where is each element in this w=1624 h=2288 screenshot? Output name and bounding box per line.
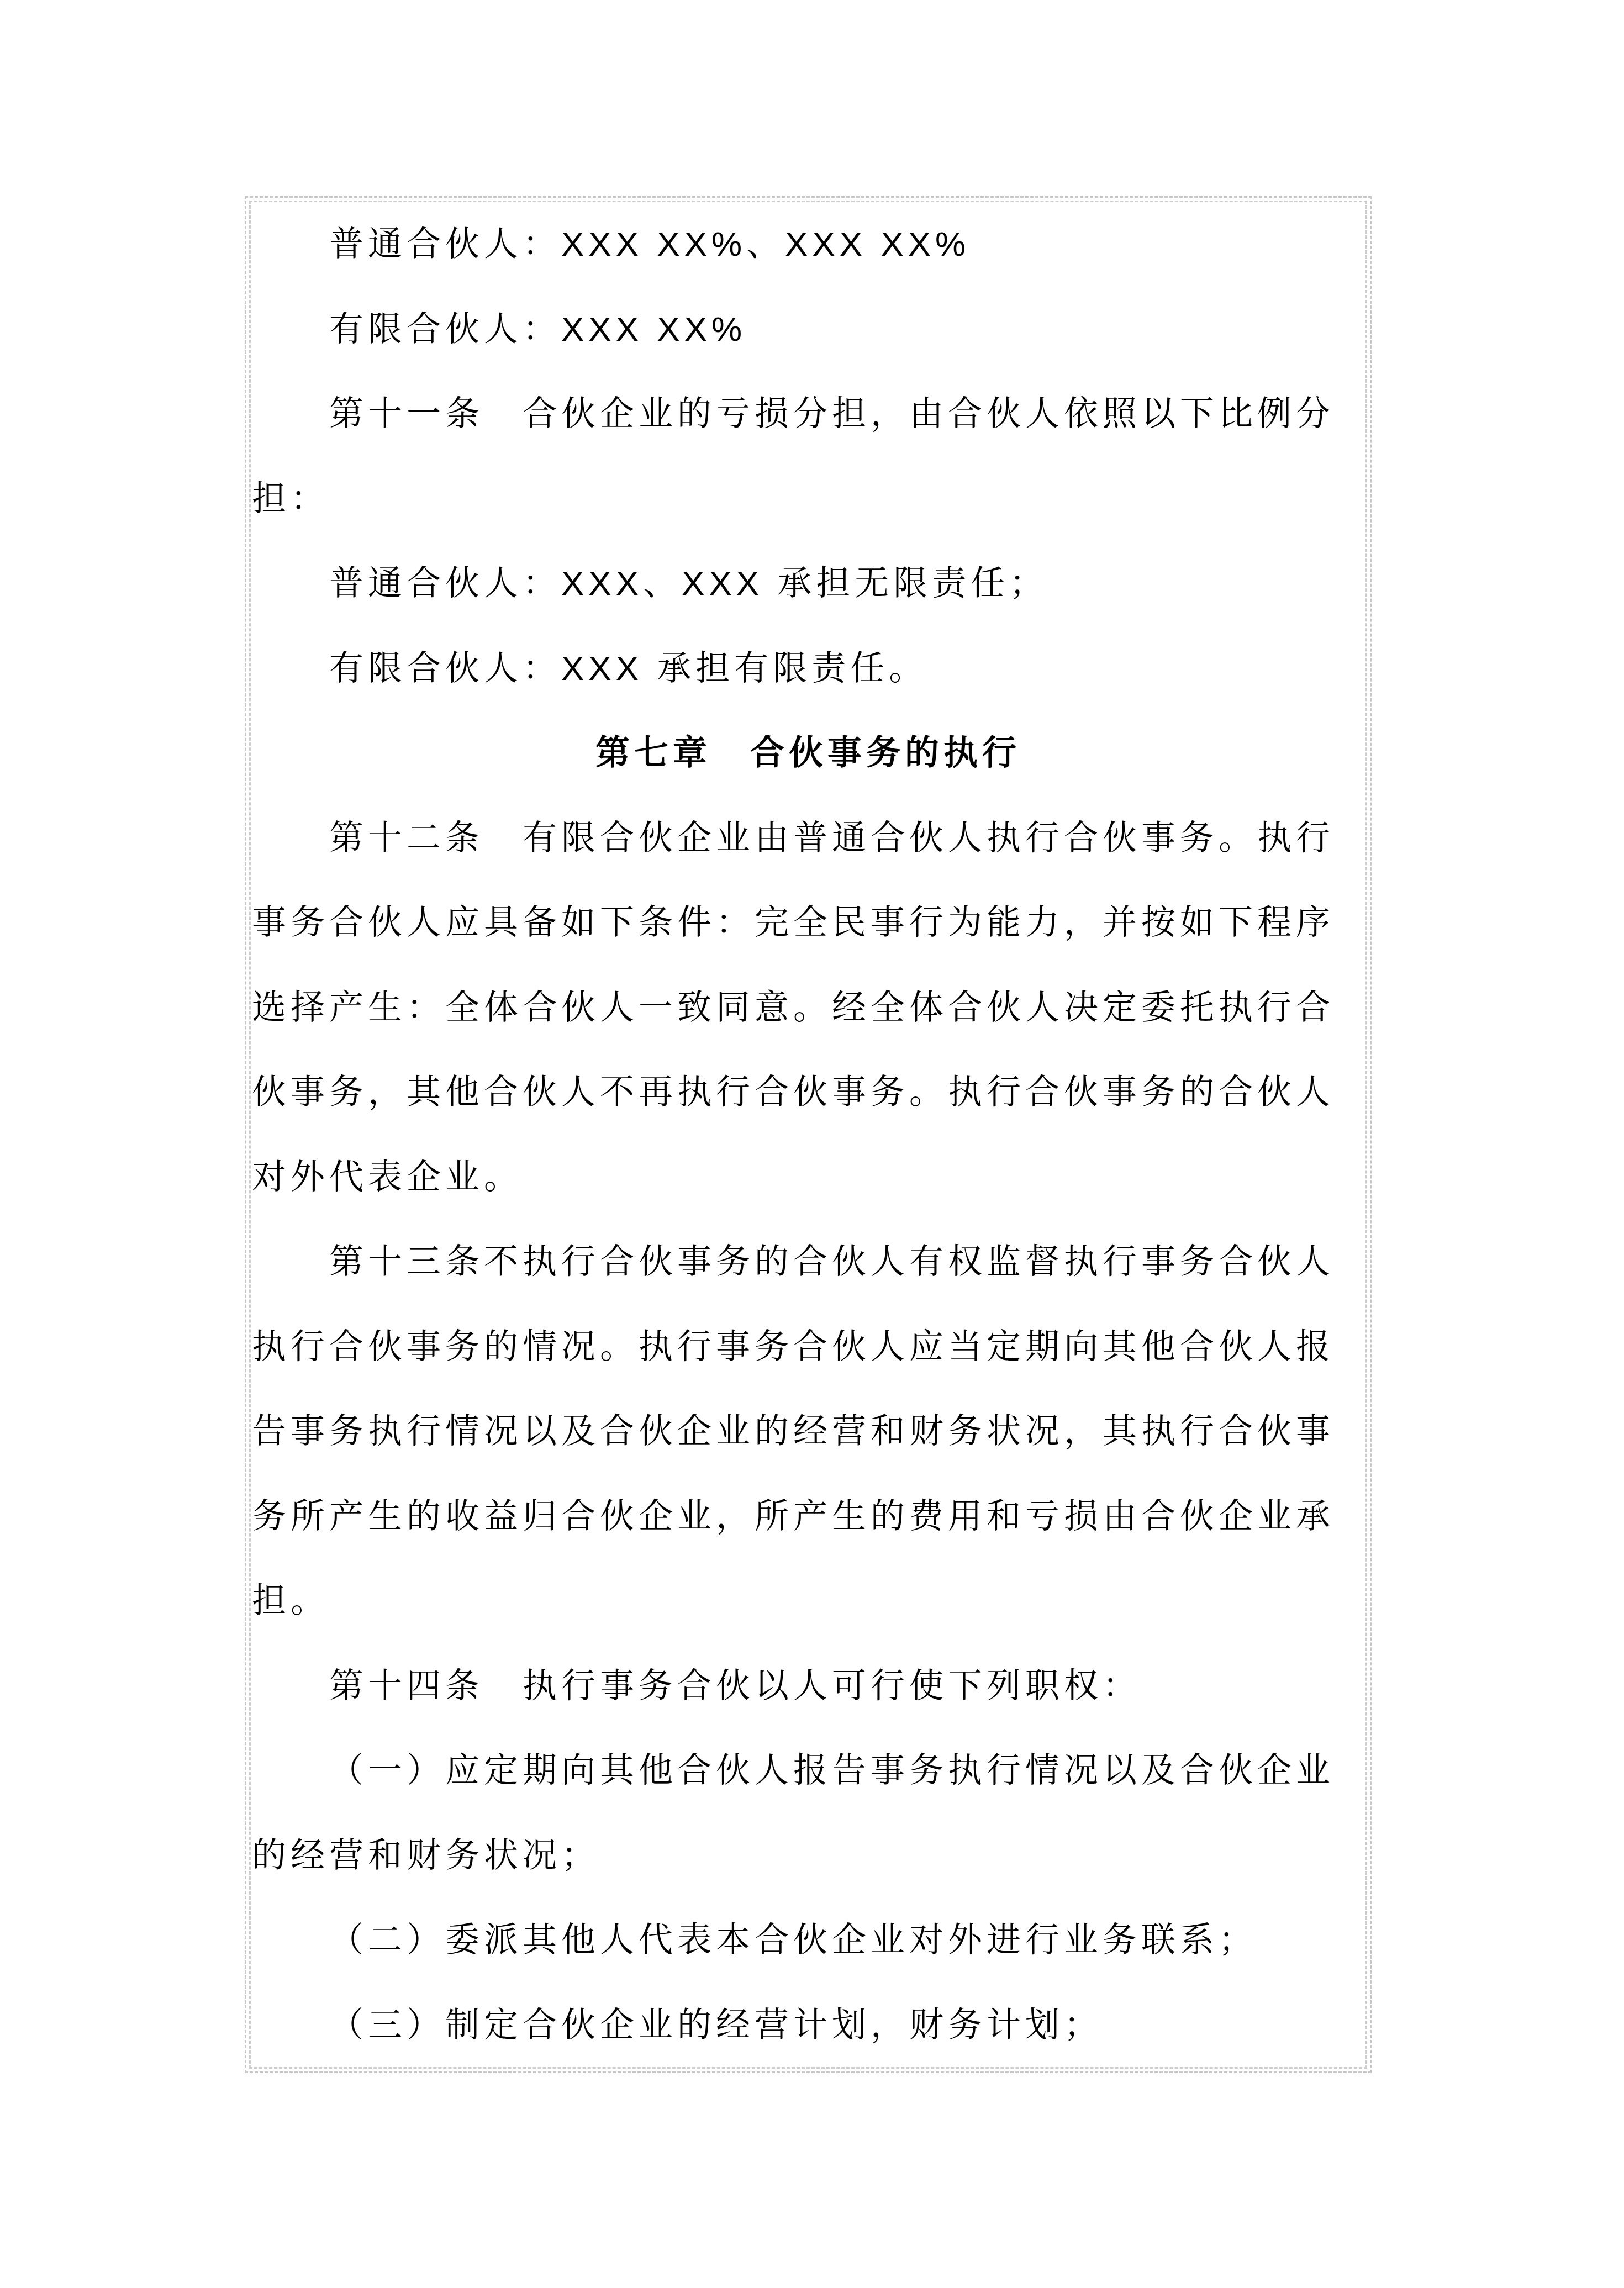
document-line: （一）应定期向其他合伙人报告事务执行情况以及合伙企业 xyxy=(252,1728,1364,1813)
document-line: 告事务执行情况以及合伙企业的经营和财务状况，其执行合伙事 xyxy=(252,1389,1364,1474)
document-line: （二）委派其他人代表本合伙企业对外进行业务联系； xyxy=(252,1898,1364,1983)
document-line: 务所产生的收益归合伙企业，所产生的费用和亏损由合伙企业承 xyxy=(252,1474,1364,1559)
document-line: （三）制定合伙企业的经营计划，财务计划； xyxy=(252,1983,1364,2068)
document-line: 第十四条 执行事务合伙以人可行使下列职权： xyxy=(252,1644,1364,1729)
page-border-inner: 普通合伙人：XXX XX%、XXX XX%有限合伙人：XXX XX%第十一条 合… xyxy=(249,201,1367,2069)
document-line: 担。 xyxy=(252,1559,1364,1644)
document-line: 事务合伙人应具备如下条件：完全民事行为能力，并按如下程序 xyxy=(252,881,1364,966)
document-line: 伙事务，其他合伙人不再执行合伙事务。执行合伙事务的合伙人 xyxy=(252,1050,1364,1135)
document-line: 普通合伙人：XXX XX%、XXX XX% xyxy=(252,202,1364,287)
document-line: 普通合伙人：XXX、XXX 承担无限责任； xyxy=(252,541,1364,626)
page-border-outer: 普通合伙人：XXX XX%、XXX XX%有限合伙人：XXX XX%第十一条 合… xyxy=(245,196,1372,2073)
document-line: 选择产生：全体合伙人一致同意。经全体合伙人决定委托执行合 xyxy=(252,966,1364,1051)
document-line: 第十三条不执行合伙事务的合伙人有权监督执行事务合伙人 xyxy=(252,1220,1364,1305)
document-line: 有限合伙人：XXX XX% xyxy=(252,287,1364,372)
document-line: 有限合伙人：XXX 承担有限责任。 xyxy=(252,626,1364,711)
document-line: 第七章 合伙事务的执行 xyxy=(252,711,1364,796)
document-line: 第十二条 有限合伙企业由普通合伙人执行合伙事务。执行 xyxy=(252,796,1364,881)
document-line: 第十一条 合伙企业的亏损分担，由合伙人依照以下比例分 xyxy=(252,372,1364,457)
document-line: 担： xyxy=(252,457,1364,542)
document-line: 对外代表企业。 xyxy=(252,1135,1364,1220)
document-line: 的经营和财务状况； xyxy=(252,1813,1364,1899)
document-body: 普通合伙人：XXX XX%、XXX XX%有限合伙人：XXX XX%第十一条 合… xyxy=(252,202,1364,2067)
document-page: 普通合伙人：XXX XX%、XXX XX%有限合伙人：XXX XX%第十一条 合… xyxy=(0,0,1624,2288)
document-line: 执行合伙事务的情况。执行事务合伙人应当定期向其他合伙人报 xyxy=(252,1305,1364,1390)
